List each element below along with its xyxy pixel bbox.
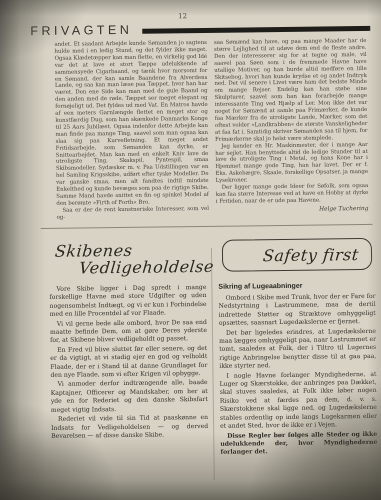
top-article: andet. Et saadant Arbejde kunde Sømanden… <box>54 38 368 221</box>
page-content: 12 FRIVAGTEN andet. Et saadant Arbejde k… <box>30 6 370 10</box>
safety-article: Safety first Sikring af Lugeaabninger Om… <box>218 238 378 459</box>
paragraph: I nogle Havne forlanger Myndighederne, a… <box>219 371 377 432</box>
closing-paragraph: Disse Regler bør følges alle Steder og i… <box>220 430 377 457</box>
article-title-line2: Vedligeholdelse <box>78 257 207 278</box>
section-divider-rule <box>41 224 373 229</box>
masthead-rule <box>142 25 370 33</box>
paragraph: saa Sømænd kan have, og paa mange Maader… <box>214 38 368 143</box>
paragraph: Ombord i Skibe med Trunk, hvor der er Fa… <box>219 293 376 329</box>
magazine-title: FRIVAGTEN <box>30 23 132 38</box>
paragraph: andet. Et saadant Arbejde kunde Sømanden… <box>54 40 209 208</box>
paragraph: Saa er der de rent kunstneriske Interess… <box>56 206 209 222</box>
masthead-row: FRIVAGTEN <box>30 20 370 38</box>
paragraph: Jeg kender en Hr. Maskinmester, der i ma… <box>215 142 368 185</box>
paragraph: Vore Skibe ligger i Dag spredt i mange f… <box>49 284 206 320</box>
author-signature: Helge Tuchering <box>216 206 369 215</box>
safety-first-label: Safety first <box>262 245 360 265</box>
paragraph: En Fred vil blive sluttet før eller sene… <box>50 345 207 381</box>
scanned-magazine-page: 12 FRIVAGTEN andet. Et saadant Arbejde k… <box>0 0 381 500</box>
paragraph: Vi vil gerne bede alle ombord, hvor De s… <box>50 319 207 346</box>
bottom-section: Skibenes Vedligeholdelse Vore Skibe ligg… <box>49 238 378 461</box>
paragraph: Det bør ligeledes erindres, at Lugedæksl… <box>219 327 377 371</box>
safety-article-heading: Sikring af Lugeaabninger <box>218 282 375 291</box>
scan-shadow-top <box>0 0 381 16</box>
safety-article-body: Ombord i Skibe med Trunk, hvor der er Fa… <box>219 293 378 458</box>
scan-shadow-binding <box>0 0 46 500</box>
maintenance-article-body: Vore Skibe ligger i Dag spredt i mange f… <box>49 284 208 441</box>
maintenance-article: Skibenes Vedligeholdelse Vore Skibe ligg… <box>49 240 209 461</box>
page-number: 12 <box>178 12 187 20</box>
safety-first-box: Safety first <box>222 238 372 272</box>
top-article-left-column: andet. Et saadant Arbejde kunde Sømanden… <box>54 40 209 221</box>
top-article-right-column: saa Sømænd kan have, og paa mange Maader… <box>214 38 369 219</box>
paragraph: Vi anmoder derfor indtrængende alle, baa… <box>51 379 208 415</box>
paragraph: Der ligger mange gode Ideer for Søfolk, … <box>216 183 369 206</box>
paragraph: Rederiet vil vide til sin Tid at paaskøn… <box>51 414 208 441</box>
